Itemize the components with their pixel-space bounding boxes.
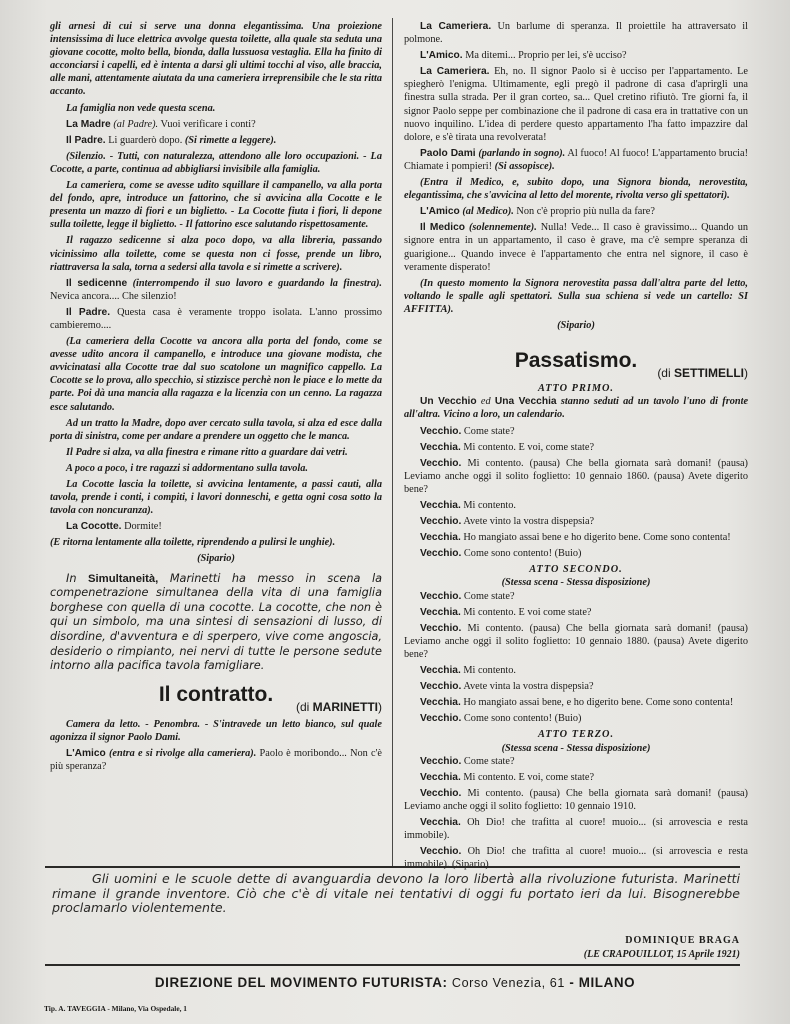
quote-attribution: DOMINIQUE BRAGA (LE CRAPOUILLOT, 15 Apri… [584, 934, 740, 962]
speaker: L'Amico [66, 748, 106, 759]
speaker: Vecchia. [420, 772, 461, 783]
dialogue-line: Vecchia. Oh Dio! che trafitta al cuore! … [404, 816, 748, 842]
footer-street: Corso Venezia, 61 [452, 976, 565, 990]
line-text: Vuoi verificare i conti? [161, 119, 256, 130]
line-text: Avete vinto la vostra dispepsia? [463, 516, 594, 527]
line-text: Come state? [464, 426, 515, 437]
stage-direction: (E ritorna lentamente alla toilette, rip… [50, 536, 382, 549]
stage-direction: Il Padre si alza, va alla finestra e rim… [50, 446, 382, 459]
quote-text: Gli uomini e le scuole dette di avanguar… [52, 872, 740, 916]
line-text: Dormite! [124, 521, 162, 532]
speaker: Vecchia. [420, 697, 461, 708]
stage-direction: (interrompendo il suo lavoro e guardando… [133, 278, 382, 289]
quote-source: (LE CRAPOUILLOT, 15 Aprile 1921) [584, 948, 740, 962]
dialogue-line: L'Amico. Ma ditemi... Proprio per lei, s… [404, 49, 748, 62]
document-page: gli arnesi di cui si serve una donna ele… [0, 0, 790, 1024]
dialogue-line: L'Amico (entra e si rivolge alla camerie… [50, 747, 382, 773]
stage-direction: Ad un tratto la Madre, dopo aver cercato… [50, 417, 382, 443]
essay-body: Marinetti ha messo in scena la compenetr… [50, 572, 382, 673]
essay-title: Simultaneità, [88, 573, 158, 585]
speaker: La Cameriera. [420, 21, 491, 32]
speaker: L'Amico. [420, 50, 463, 61]
stage-direction: (Entra il Medico, e, subito dopo, una Si… [404, 176, 748, 202]
horizontal-rule [45, 964, 740, 966]
stage-direction: (Si assopisce). [495, 161, 555, 172]
speaker: Vecchia. [420, 817, 461, 828]
stage-direction: La famiglia non vede questa scena. [50, 102, 382, 115]
stage-direction: La cameriera, come se avesse udito squil… [50, 179, 382, 231]
line-text: Mi contento. E voi come state? [463, 607, 591, 618]
line-text: Eh, no. Il signor Paolo si è ucciso per … [404, 66, 748, 142]
author-paren: ) [744, 366, 748, 380]
column-divider [392, 18, 393, 866]
speaker: Vecchio. [420, 591, 461, 602]
dialogue-line: Vecchia. Mi contento. [404, 499, 748, 512]
dialogue-line: Il sedicenne (interrompendo il suo lavor… [50, 277, 382, 303]
speaker: Vecchio. [420, 788, 461, 799]
dialogue-line: Vecchia. Ho mangiato assai bene e ho dig… [404, 531, 748, 544]
stage-direction: Camera da letto. - Penombra. - S'intrave… [50, 718, 382, 744]
speaker: Vecchio. [420, 516, 461, 527]
speaker: Vecchio. [420, 458, 461, 469]
dialogue-line: La Cameriera. Eh, no. Il signor Paolo si… [404, 65, 748, 144]
author-paren: (di [296, 700, 309, 714]
speaker: Vecchia. [420, 532, 461, 543]
author-paren: (di [657, 366, 670, 380]
footer-org: DIREZIONE DEL MOVIMENTO FUTURISTA: [155, 975, 448, 990]
dialogue-line: Il Medico (solennemente). Nulla! Vede...… [404, 221, 748, 273]
dialogue-line: Vecchio. Come state? [404, 590, 748, 603]
stage-direction: (Si rimette a leggere). [185, 135, 277, 146]
stage-direction: (al Padre). [113, 119, 158, 130]
stage-direction: gli arnesi di cui si serve una donna ele… [50, 20, 382, 99]
line-text: Come state? [464, 756, 515, 767]
dialogue-line: Vecchia. Ho mangiato assai bene, e ho di… [404, 696, 748, 709]
stage-direction: (solennemente). [469, 222, 537, 233]
dialogue-line: Vecchio. Come sono contento! (Buio) [404, 547, 748, 560]
speaker: La Madre [66, 119, 111, 130]
speaker: Il Padre. [66, 307, 110, 318]
pull-quote: Gli uomini e le scuole dette di avanguar… [52, 872, 740, 916]
stage-direction: Un Vecchio ed Una Vecchia stanno seduti … [404, 395, 748, 421]
footer-city: MILANO [579, 975, 635, 990]
dialogue-line: Vecchio. Mi contento. (pausa) Che bella … [404, 622, 748, 661]
stage-direction: (La cameriera della Cocotte va ancora al… [50, 335, 382, 414]
dialogue-line: Il Padre. Questa casa è veramente troppo… [50, 306, 382, 332]
act2-dialogue: Vecchio. Come state? Vecchia. Mi content… [404, 590, 748, 726]
speaker: Vecchio. [420, 426, 461, 437]
speaker: Vecchio. [420, 623, 461, 634]
author-name: SETTIMELLI [674, 366, 744, 380]
essay-lead: In [66, 572, 77, 585]
author-paren: ) [378, 700, 382, 714]
speaker: Vecchio. [420, 846, 461, 857]
quote-author: DOMINIQUE BRAGA [584, 934, 740, 948]
speaker: Vecchio. [420, 713, 461, 724]
dialogue-line: Vecchia. Mi contento. E voi come state? [404, 606, 748, 619]
dialogue-line: Vecchia. Mi contento. E voi, come state? [404, 441, 748, 454]
line-text: Ma ditemi... Proprio per lei, s'è ucciso… [465, 50, 626, 61]
line-text: Non c'è proprio più nulla da fare? [516, 206, 655, 217]
speaker: La Cocotte. [66, 521, 121, 532]
line-text: Ho mangiato assai bene, e ho digerito be… [463, 697, 733, 708]
speaker: Il sedicenne [66, 278, 127, 289]
dialogue-line: L'Amico (al Medico). Non c'è proprio più… [404, 205, 748, 218]
dialogue-line: Vecchio. Come state? [404, 755, 748, 768]
stage-direction: A poco a poco, i tre ragazzi si addormen… [50, 462, 382, 475]
stage-direction: (In questo momento la Signora nerovestit… [404, 277, 748, 316]
author-name: MARINETTI [313, 700, 378, 714]
speaker: Vecchia. [420, 607, 461, 618]
dialogue-line: Vecchia. Mi contento. [404, 664, 748, 677]
stage-direction: (al Medico). [462, 206, 513, 217]
act1-dialogue: Vecchio. Come state? Vecchia. Mi content… [404, 425, 748, 561]
sipario: (Sipario) [50, 552, 382, 565]
horizontal-rule [45, 866, 740, 868]
act-heading: ATTO TERZO. [404, 728, 748, 741]
line-text: Come state? [464, 591, 515, 602]
dialogue-line: Vecchio. Mi contento. (pausa) Che bella … [404, 787, 748, 813]
dialogue-line: Vecchio. Avete vinta la vostra dispepsia… [404, 680, 748, 693]
dialogue-line: La Cocotte. Dormite! [50, 520, 382, 533]
sipario: (Sipario) [404, 319, 748, 332]
act-heading: ATTO PRIMO. [404, 382, 748, 395]
line-text: Mi contento. E voi, come state? [463, 442, 594, 453]
speaker: Vecchio. [420, 756, 461, 767]
dialogue-line: Vecchio. Come sono contento! (Buio) [404, 712, 748, 725]
dialogue-line: Paolo Dami (parlando in sogno). Al fuoco… [404, 147, 748, 173]
speaker: Vecchia. [420, 442, 461, 453]
speaker: Vecchia. [420, 665, 461, 676]
line-text: Mi contento. [463, 665, 516, 676]
speaker: Vecchio. [420, 548, 461, 559]
left-column: gli arnesi di cui si serve una donna ele… [50, 20, 382, 776]
act3-dialogue: Vecchio. Come state? Vecchia. Mi content… [404, 755, 748, 872]
stage-direction: (entra e si rivolge alla cameriera). [109, 748, 256, 759]
right-column: La Cameriera. Un barlume di speranza. Il… [404, 20, 748, 874]
line-text: Come sono contento! (Buio) [464, 713, 582, 724]
dialogue-line: Vecchio. Mi contento. (pausa) Che bella … [404, 457, 748, 496]
line-text: Nevica ancora.... Che silenzio! [50, 291, 177, 302]
footer-address: DIREZIONE DEL MOVIMENTO FUTURISTA: Corso… [0, 975, 790, 990]
line-text: Avete vinta la vostra dispepsia? [463, 681, 593, 692]
speaker: La Cameriera. [420, 66, 489, 77]
dialogue-line: Vecchia. Mi contento. E voi, come state? [404, 771, 748, 784]
speaker: Vecchio. [420, 681, 461, 692]
stage-direction: La Cocotte lascia la toilette, si avvici… [50, 478, 382, 517]
line-text: Come sono contento! (Buio) [464, 548, 582, 559]
stage-direction: Il ragazzo sedicenne si alza poco dopo, … [50, 234, 382, 273]
stage-direction: (parlando in sogno). [478, 148, 565, 159]
speaker: L'Amico [420, 206, 460, 217]
printer-imprint: Tip. A. TAVEGGIA - Milano, Via Ospedale,… [44, 1004, 187, 1013]
dialogue-line: La Madre (al Padre). Vuoi verificare i c… [50, 118, 382, 131]
speaker: Il Padre. [66, 135, 106, 146]
act-heading: ATTO SECONDO. [404, 563, 748, 576]
speaker: Un Vecchio [420, 396, 477, 407]
line-text: Ho mangiato assai bene e ho digerito ben… [463, 532, 730, 543]
dialogue-line: Il Padre. Li guarderò dopo. (Si rimette … [50, 134, 382, 147]
speaker: Vecchia. [420, 500, 461, 511]
line-text: Li guarderò dopo. [108, 135, 182, 146]
line-text: Mi contento. E voi, come state? [463, 772, 594, 783]
dialogue-line: Vecchio. Avete vinto la vostra dispepsia… [404, 515, 748, 528]
speaker: Paolo Dami [420, 148, 476, 159]
dialogue-line: La Cameriera. Un barlume di speranza. Il… [404, 20, 748, 46]
line-text: Mi contento. [463, 500, 516, 511]
stage-direction: (Silenzio. - Tutti, con naturalezza, att… [50, 150, 382, 176]
dialogue-line: Vecchio. Come state? [404, 425, 748, 438]
essay-paragraph: In Simultaneità, Marinetti ha messo in s… [50, 572, 382, 674]
conjunction: ed [481, 396, 491, 407]
act-subheading: (Stessa scena - Stessa disposizione) [404, 576, 748, 589]
speaker: Una Vecchia [495, 396, 557, 407]
speaker: Il Medico [420, 222, 465, 233]
footer-dash: - [569, 975, 574, 990]
act-subheading: (Stessa scena - Stessa disposizione) [404, 742, 748, 755]
